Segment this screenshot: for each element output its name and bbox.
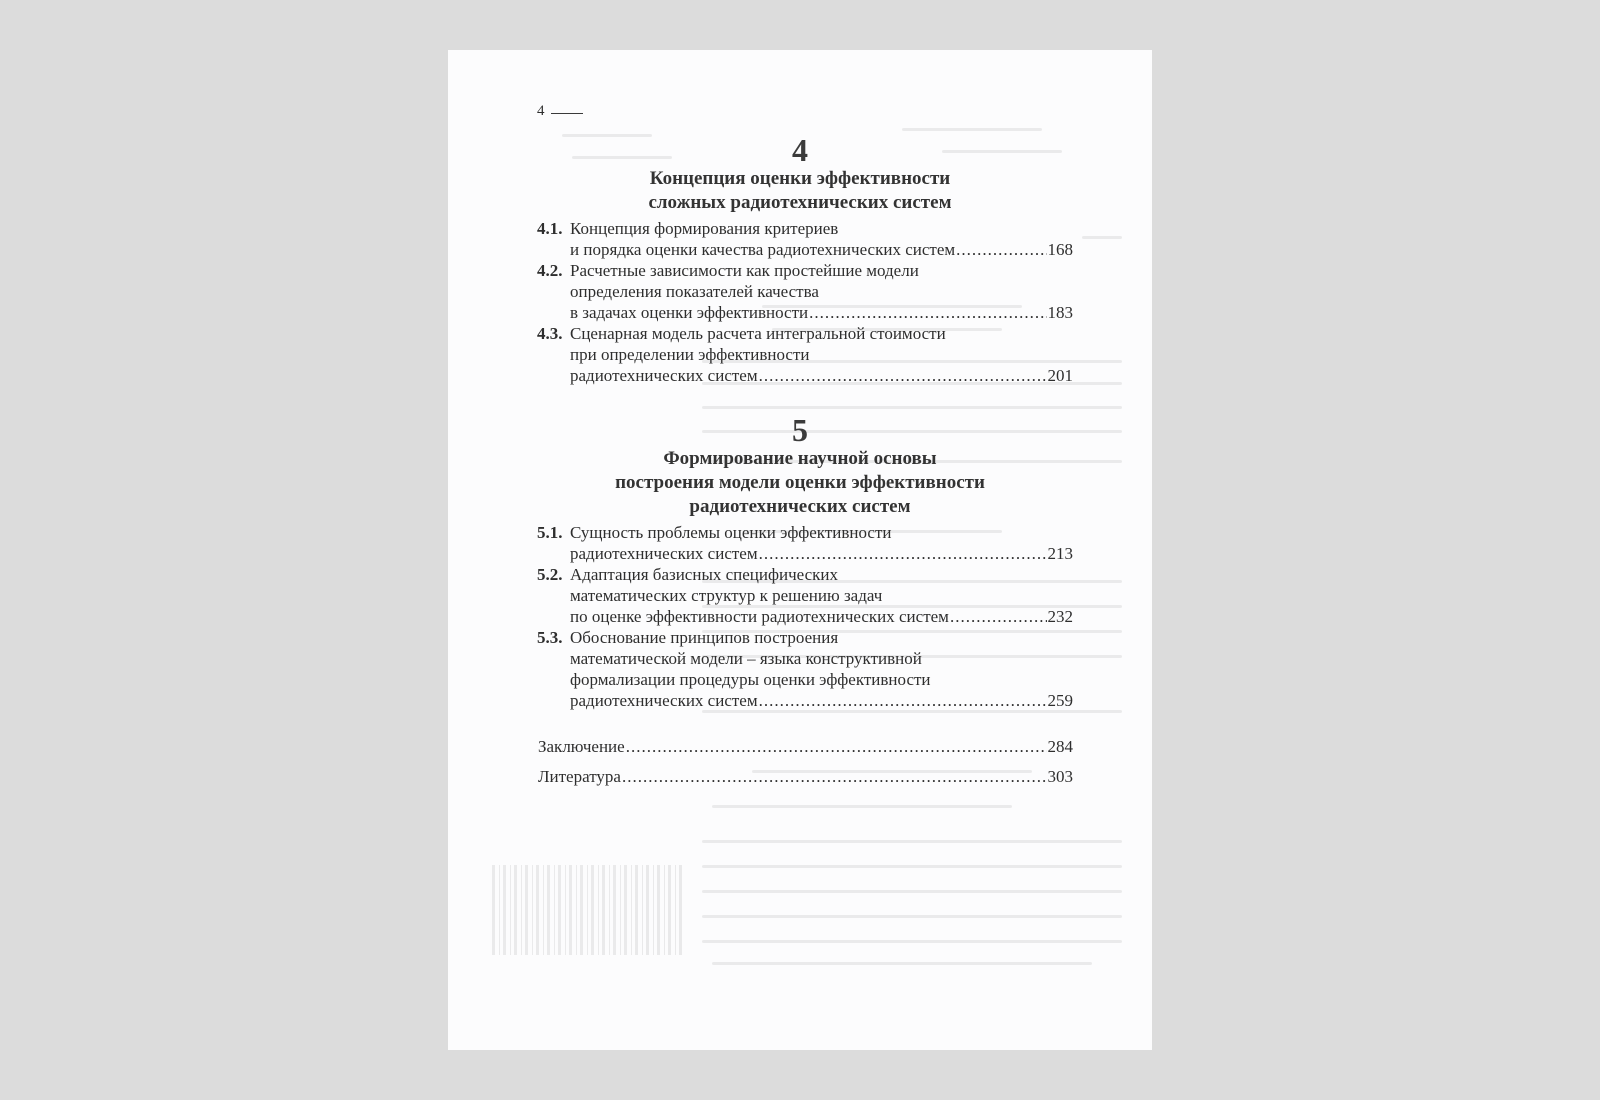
chapter-heading-5: 5 Формирование научной основы построения… (448, 413, 1152, 519)
running-head: 4 (537, 103, 583, 120)
page-number: 4 (537, 103, 545, 120)
chapter-number: 5 (448, 413, 1152, 447)
page-ref: 259 (1048, 690, 1074, 711)
section-number: 4.3. (537, 323, 563, 344)
toc-entry-references[interactable]: Литература 303 (538, 766, 1073, 787)
leader-dots (956, 239, 1046, 260)
table-of-contents: 4 4 Концепция оценки эффективности сложн… (448, 50, 1152, 1050)
toc-entry-conclusion[interactable]: Заключение 284 (538, 736, 1073, 757)
chapter-title: Формирование научной основы построения м… (448, 447, 1152, 519)
leader-dots (622, 766, 1047, 787)
leader-dots (809, 302, 1046, 323)
section-number: 4.1. (537, 218, 563, 239)
page-ref: 284 (1048, 736, 1074, 757)
chapter-number: 4 (448, 133, 1152, 167)
toc-entry-5-3[interactable]: 5.3. Обоснование принципов построения ма… (537, 627, 1073, 711)
page-ref: 201 (1048, 365, 1074, 386)
section-number: 4.2. (537, 260, 563, 281)
toc-entry-4-3[interactable]: 4.3. Сценарная модель расчета интегральн… (537, 323, 1073, 386)
chapter-5-sections: 5.1. Сущность проблемы оценки эффективно… (537, 522, 1073, 711)
section-number: 5.1. (537, 522, 563, 543)
chapter-heading-4: 4 Концепция оценки эффективности сложных… (448, 133, 1152, 215)
book-page: 4 4 Концепция оценки эффективности сложн… (448, 50, 1152, 1050)
entry-title: Литература (538, 766, 621, 787)
page-ref: 213 (1048, 543, 1074, 564)
leader-dots (759, 690, 1047, 711)
toc-entry-4-1[interactable]: 4.1. Концепция формирования критериев и … (537, 218, 1073, 260)
page-ref: 303 (1048, 766, 1074, 787)
section-number: 5.2. (537, 564, 563, 585)
toc-entry-5-1[interactable]: 5.1. Сущность проблемы оценки эффективно… (537, 522, 1073, 564)
toc-entry-5-2[interactable]: 5.2. Адаптация базисных специфических ма… (537, 564, 1073, 627)
chapter-4-sections: 4.1. Концепция формирования критериев и … (537, 218, 1073, 386)
page-ref: 232 (1048, 606, 1074, 627)
running-head-rule (551, 113, 583, 114)
leader-dots (950, 606, 1047, 627)
page-ref: 183 (1048, 302, 1074, 323)
leader-dots (759, 365, 1047, 386)
leader-dots (759, 543, 1047, 564)
section-number: 5.3. (537, 627, 563, 648)
leader-dots (626, 736, 1047, 757)
chapter-title: Концепция оценки эффективности сложных р… (448, 167, 1152, 215)
entry-title: Заключение (538, 736, 625, 757)
toc-entry-4-2[interactable]: 4.2. Расчетные зависимости как простейши… (537, 260, 1073, 323)
page-ref: 168 (1048, 239, 1074, 260)
